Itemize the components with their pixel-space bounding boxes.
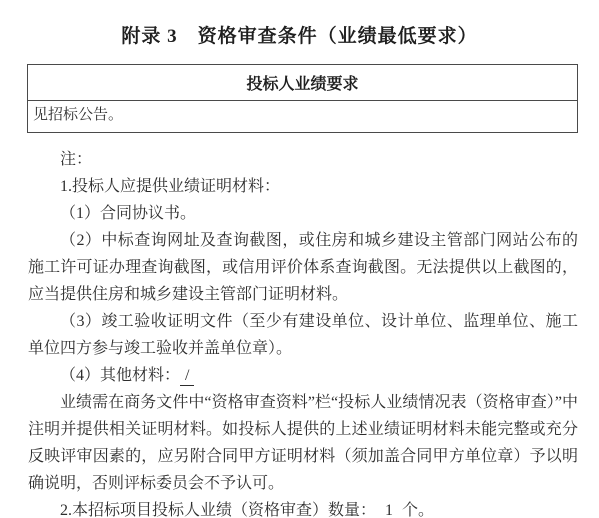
note-item-2: 2.本招标项目投标人业绩（资格审查）数量：1个。 — [28, 497, 578, 518]
note-sub-item-3: （3）竣工验收证明文件（至少有建设单位、设计单位、监理单位、施工单位四方参与竣工… — [28, 308, 578, 362]
table-body-row: 见招标公告。 — [28, 101, 578, 133]
performance-count-value: 1 — [376, 501, 402, 518]
note-paragraph-requirements: 业绩需在商务文件中“资格审查资料”栏“投标人业绩情况表（资格审查）”中注明并提供… — [28, 389, 578, 497]
note-sub-item-2: （2）中标查询网址及查询截图，或住房和城乡建设主管部门网站公布的施工许可证办理查… — [28, 227, 578, 308]
notes-section: 注： 1.投标人应提供业绩证明材料： （1）合同协议书。 （2）中标查询网址及查… — [28, 146, 578, 518]
performance-requirements-table: 投标人业绩要求 见招标公告。 — [27, 64, 578, 133]
table-body-cell: 见招标公告。 — [28, 101, 578, 133]
page-title: 附录 3 资格审查条件（业绩最低要求） — [0, 0, 599, 50]
other-materials-blank-value: / — [180, 366, 194, 386]
performance-count-suffix: 个。 — [402, 502, 434, 518]
note-item-1: 1.投标人应提供业绩证明材料： — [28, 173, 578, 200]
table-header-row: 投标人业绩要求 — [28, 65, 578, 101]
note-label: 注： — [28, 146, 578, 173]
other-materials-label: （4）其他材料： — [60, 367, 180, 384]
note-sub-item-4: （4）其他材料：/ — [28, 362, 578, 389]
performance-count-label: 2.本招标项目投标人业绩（资格审查）数量： — [60, 502, 376, 518]
note-sub-item-1: （1）合同协议书。 — [28, 200, 578, 227]
document-page: 附录 3 资格审查条件（业绩最低要求） 投标人业绩要求 见招标公告。 注： 1.… — [0, 0, 599, 518]
table-header-cell: 投标人业绩要求 — [28, 65, 578, 101]
